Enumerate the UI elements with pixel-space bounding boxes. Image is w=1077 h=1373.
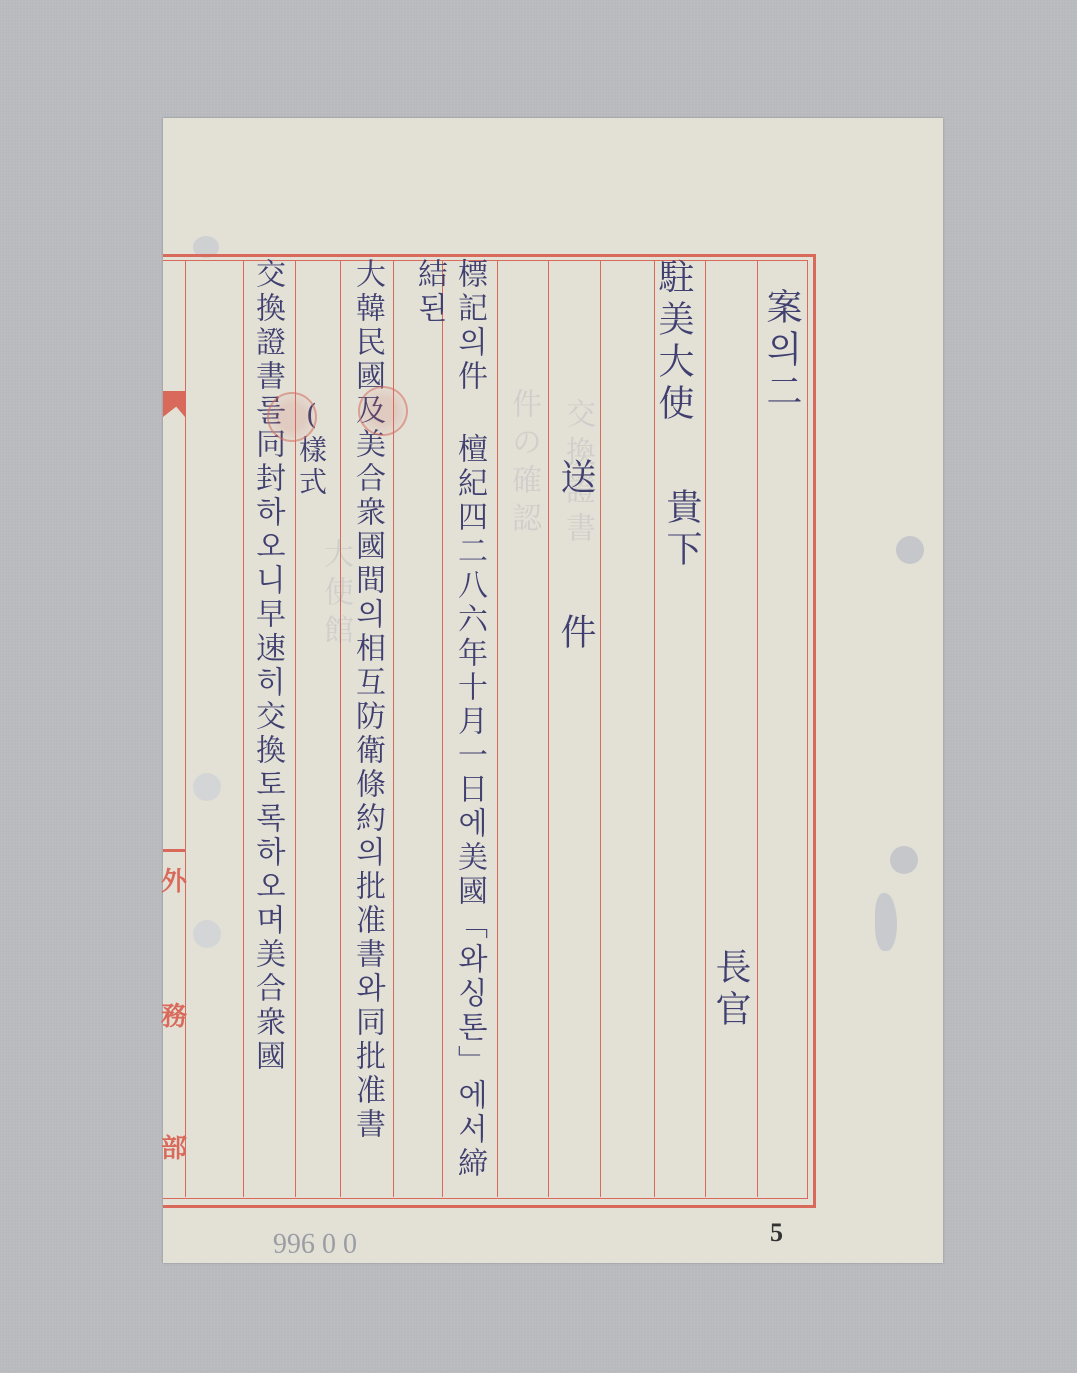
official-seal (358, 386, 408, 436)
column-rule (548, 261, 549, 1197)
column-rule (600, 261, 601, 1197)
column-subject-suffix: 件 (553, 613, 597, 673)
column-rule (757, 261, 758, 1197)
column-addressee-honorific: 貴下 (659, 488, 703, 598)
punch-hole (896, 536, 924, 564)
archive-number: 0 0 966 (273, 1226, 357, 1258)
paper-stain (875, 893, 897, 951)
column-subject-marker: 送 (553, 458, 597, 518)
column-rule (442, 261, 443, 1197)
ministry-label-char: 部 (161, 1128, 187, 1165)
column-rule (185, 261, 186, 1197)
column-addressee: 駐美大使 (651, 258, 695, 458)
margin-rule-mark (163, 849, 185, 852)
column-body-line-1: 標記의件 檀紀四二八六年十月一日에美國「와싱톤」에서締結된 (445, 258, 489, 1188)
column-rule (497, 261, 498, 1197)
column-rule (705, 261, 706, 1197)
column-rule (340, 261, 341, 1197)
punch-hole (890, 846, 918, 874)
bleed-through-text: 件の確認 (501, 388, 545, 540)
page-number: 5 (770, 1218, 783, 1248)
column-signature-title: 長官 (708, 948, 752, 1068)
document-page: 外 務 部 件の確認 交換證書 大使館 案의二 駐美大使 貴下 長官 送 件 標… (163, 118, 943, 1263)
official-seal (267, 392, 317, 442)
ministry-label-char: 外 (161, 861, 187, 898)
column-heading-draft-no: 案의二 (759, 288, 803, 528)
ministry-label-char: 務 (161, 996, 187, 1033)
